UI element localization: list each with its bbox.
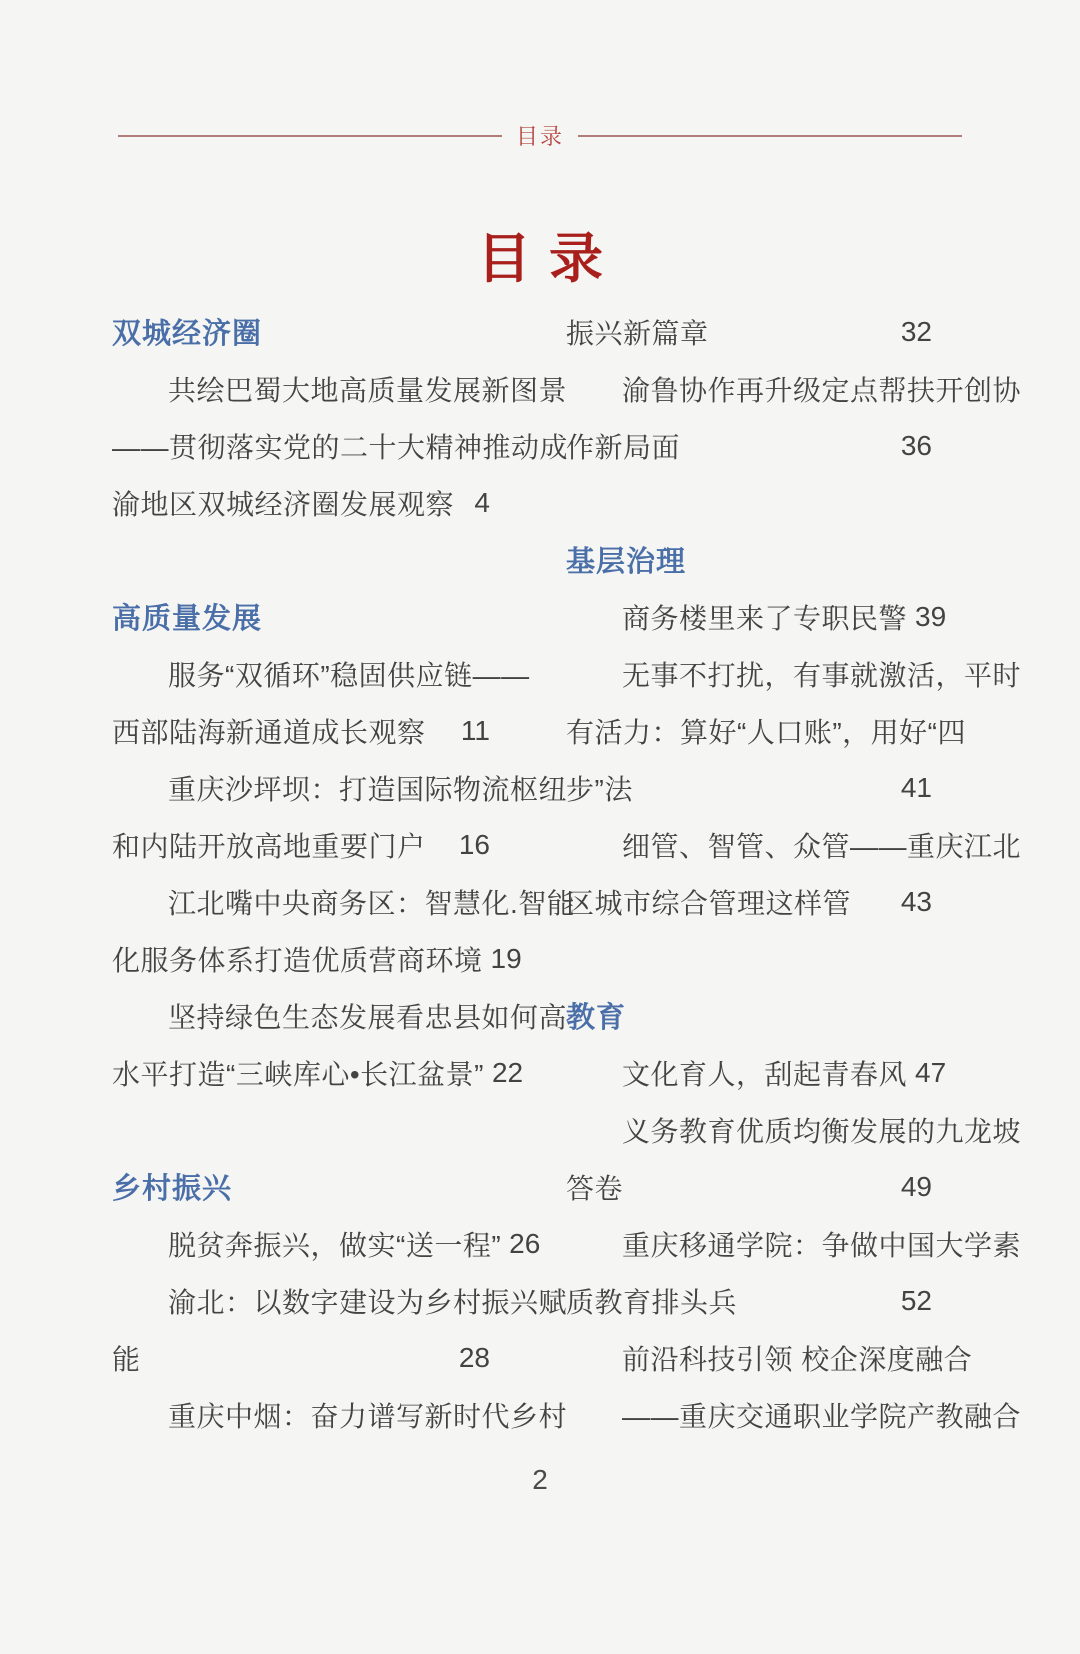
entry-page-number: 41 — [901, 772, 932, 804]
toc-entry-line: 重庆移通学院：争做中国大学素 — [566, 1215, 932, 1272]
entry-text: 区城市综合管理这样管 — [566, 882, 851, 922]
running-head-rule-left — [118, 135, 502, 137]
toc-entry-line: 作新局面36 — [566, 417, 932, 474]
entry-page-number: 49 — [901, 1171, 932, 1203]
toc-entry-line: 步”法41 — [566, 759, 932, 816]
entry-text: 答卷 — [566, 1167, 623, 1207]
toc-column-left: 双城经济圈共绘巴蜀大地高质量发展新图景——贯彻落实党的二十大精神推动成渝地区双城… — [112, 303, 490, 1443]
entry-page-number: 39 — [915, 601, 946, 633]
entry-text: 无事不打扰，有事就激活，平时 — [566, 654, 1021, 694]
toc-entry-line: 化服务体系打造优质营商环境19 — [112, 930, 490, 987]
entry-text: 脱贫奔振兴，做实“送一程” — [112, 1224, 501, 1264]
toc-section: 教育文化育人，刮起青春风47义务教育优质均衡发展的九龙坡答卷49重庆移通学院：争… — [566, 987, 932, 1443]
entry-text: 有活力：算好“人口账”，用好“四 — [566, 711, 966, 751]
entry-page-number: 43 — [901, 886, 932, 918]
entry-text: 江北嘴中央商务区：智慧化.智能 — [112, 882, 575, 922]
toc-entry-line: 服务“双循环”稳固供应链—— — [112, 645, 490, 702]
entry-text: 渝北：以数字建设为乡村振兴赋 — [112, 1281, 567, 1321]
entry-text: 细管、智管、众管——重庆江北 — [566, 825, 1021, 865]
entry-text: 义务教育优质均衡发展的九龙坡 — [566, 1110, 1021, 1150]
toc-entry-line: 能28 — [112, 1329, 490, 1386]
toc-entry-line: 重庆中烟：奋力谱写新时代乡村 — [112, 1386, 490, 1443]
running-head-rule-right — [578, 135, 962, 137]
section-heading: 乡村振兴 — [112, 1158, 490, 1215]
toc-entry-line: 文化育人，刮起青春风47 — [566, 1044, 932, 1101]
entry-text: 能 — [112, 1338, 141, 1378]
toc-entry-line: 脱贫奔振兴，做实“送一程”26 — [112, 1215, 490, 1272]
page-title: 目录 — [0, 216, 1080, 293]
entry-text: 服务“双循环”稳固供应链—— — [112, 654, 530, 694]
entry-text: ——重庆交通职业学院产教融合 — [566, 1395, 1021, 1435]
toc-entry-line: ——重庆交通职业学院产教融合 — [566, 1386, 932, 1443]
entry-page-number: 16 — [459, 829, 490, 861]
entry-text: 西部陆海新通道成长观察 — [112, 711, 426, 751]
toc-entry-line: 答卷49 — [566, 1158, 932, 1215]
toc-entry-line: ——贯彻落实党的二十大精神推动成 — [112, 417, 490, 474]
section-heading: 双城经济圈 — [112, 303, 490, 360]
entry-text: 质教育排头兵 — [566, 1281, 737, 1321]
entry-text: 步”法 — [566, 768, 633, 808]
toc-entry-line: 坚持绿色生态发展看忠县如何高 — [112, 987, 490, 1044]
section-heading: 基层治理 — [566, 531, 932, 588]
toc-section: 高质量发展服务“双循环”稳固供应链——西部陆海新通道成长观察11重庆沙坪坝：打造… — [112, 588, 490, 1101]
toc-entry-line: 细管、智管、众管——重庆江北 — [566, 816, 932, 873]
entry-page-number: 26 — [509, 1228, 540, 1260]
section-heading: 高质量发展 — [112, 588, 490, 645]
toc-section: 双城经济圈共绘巴蜀大地高质量发展新图景——贯彻落实党的二十大精神推动成渝地区双城… — [112, 303, 490, 531]
entry-text: ——贯彻落实党的二十大精神推动成 — [112, 426, 568, 466]
entry-page-number: 52 — [901, 1285, 932, 1317]
toc-section: 乡村振兴脱贫奔振兴，做实“送一程”26渝北：以数字建设为乡村振兴赋能28重庆中烟… — [112, 1158, 490, 1443]
entry-page-number: 32 — [901, 316, 932, 348]
entry-page-number: 22 — [492, 1057, 523, 1089]
entry-text: 重庆沙坪坝：打造国际物流枢纽 — [112, 768, 567, 808]
toc-section: 基层治理商务楼里来了专职民警39无事不打扰，有事就激活，平时有活力：算好“人口账… — [566, 531, 932, 930]
toc-entry-line: 渝地区双城经济圈发展观察4 — [112, 474, 490, 531]
entry-text: 重庆中烟：奋力谱写新时代乡村 — [112, 1395, 567, 1435]
entry-text: 振兴新篇章 — [566, 312, 709, 352]
entry-text: 商务楼里来了专职民警 — [566, 597, 907, 637]
toc-entry-line: 江北嘴中央商务区：智慧化.智能 — [112, 873, 490, 930]
toc-column-right: 振兴新篇章32渝鲁协作再升级定点帮扶开创协作新局面36基层治理商务楼里来了专职民… — [566, 303, 932, 1443]
toc-entry-line: 无事不打扰，有事就激活，平时 — [566, 645, 932, 702]
entry-text: 重庆移通学院：争做中国大学素 — [566, 1224, 1021, 1264]
toc-entry-line: 西部陆海新通道成长观察11 — [112, 702, 490, 759]
running-head: 目录 — [118, 120, 962, 151]
toc-entry-line: 振兴新篇章32 — [566, 303, 932, 360]
entry-text: 坚持绿色生态发展看忠县如何高 — [112, 996, 567, 1036]
entry-text: 渝地区双城经济圈发展观察 — [112, 483, 454, 523]
entry-text: 共绘巴蜀大地高质量发展新图景 — [112, 369, 567, 409]
entry-text: 水平打造“三峡库心•长江盆景” — [112, 1053, 484, 1093]
toc-entry-line: 和内陆开放高地重要门户16 — [112, 816, 490, 873]
toc-entry-line: 前沿科技引领 校企深度融合 — [566, 1329, 932, 1386]
toc-entry-line: 水平打造“三峡库心•长江盆景”22 — [112, 1044, 490, 1101]
toc-entry-line: 渝鲁协作再升级定点帮扶开创协 — [566, 360, 932, 417]
toc-entry-line: 区城市综合管理这样管43 — [566, 873, 932, 930]
toc-entry-line: 渝北：以数字建设为乡村振兴赋 — [112, 1272, 490, 1329]
entry-page-number: 11 — [461, 715, 490, 747]
entry-text: 化服务体系打造优质营商环境 — [112, 939, 483, 979]
toc-entry-line: 有活力：算好“人口账”，用好“四 — [566, 702, 932, 759]
entry-text: 前沿科技引领 校企深度融合 — [566, 1338, 972, 1378]
toc-entry-line: 重庆沙坪坝：打造国际物流枢纽 — [112, 759, 490, 816]
toc-entry-line: 义务教育优质均衡发展的九龙坡 — [566, 1101, 932, 1158]
footer-page-number: 2 — [0, 1464, 1080, 1496]
entry-text: 和内陆开放高地重要门户 — [112, 825, 426, 865]
toc-columns: 双城经济圈共绘巴蜀大地高质量发展新图景——贯彻落实党的二十大精神推动成渝地区双城… — [112, 303, 932, 1443]
entry-page-number: 36 — [901, 430, 932, 462]
toc-entry-line: 共绘巴蜀大地高质量发展新图景 — [112, 360, 490, 417]
entry-page-number: 47 — [915, 1057, 946, 1089]
toc-page: 目录 目录 双城经济圈共绘巴蜀大地高质量发展新图景——贯彻落实党的二十大精神推动… — [0, 0, 1080, 1654]
entry-page-number: 19 — [491, 943, 522, 975]
running-head-label: 目录 — [516, 120, 564, 151]
entry-text: 渝鲁协作再升级定点帮扶开创协 — [566, 369, 1021, 409]
entry-page-number: 4 — [474, 487, 490, 519]
entry-text: 文化育人，刮起青春风 — [566, 1053, 907, 1093]
toc-entry-line: 质教育排头兵52 — [566, 1272, 932, 1329]
section-heading: 教育 — [566, 987, 932, 1044]
toc-entry-line: 商务楼里来了专职民警39 — [566, 588, 932, 645]
entry-page-number: 28 — [459, 1342, 490, 1374]
entry-text: 作新局面 — [566, 426, 680, 466]
